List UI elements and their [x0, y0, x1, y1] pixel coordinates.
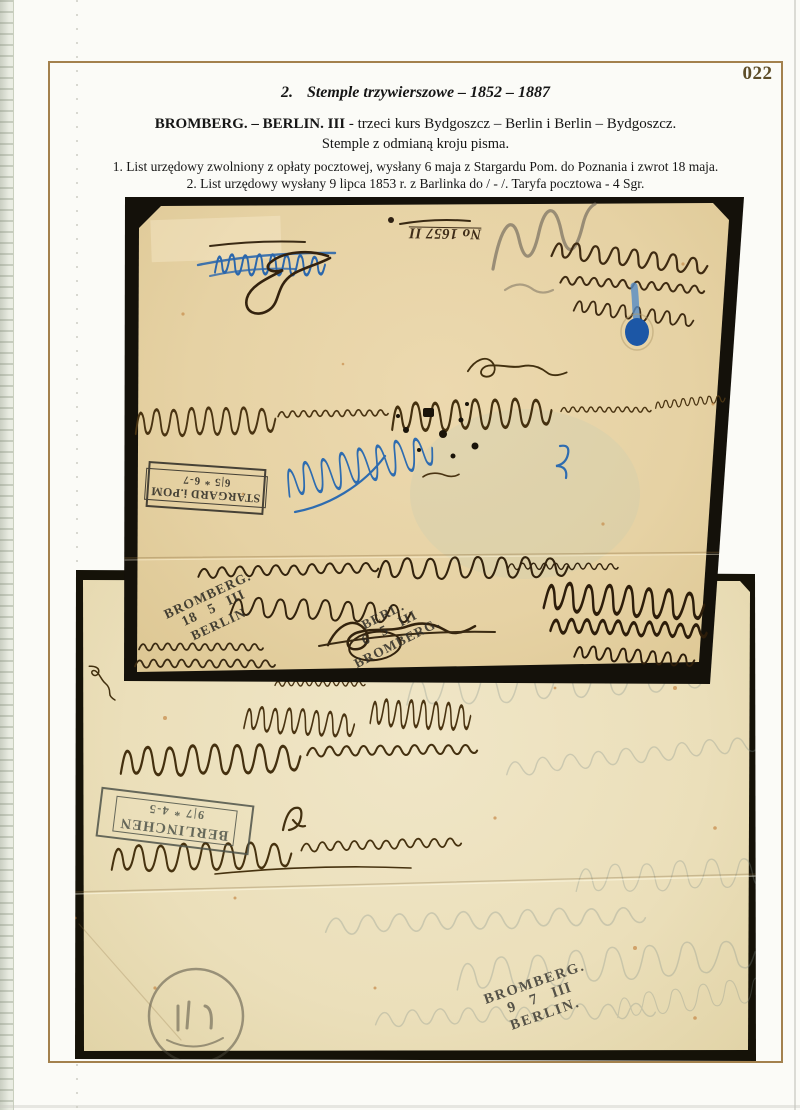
description-item-1: 1. List urzędowy zwolniony z opłaty pocz…: [48, 159, 783, 175]
route-bold: BROMBERG. – BERLIN. III: [155, 116, 345, 132]
page-edge-line: [794, 0, 796, 1110]
subtitle: Stemple z odmianą kroju pisma.: [48, 136, 783, 153]
exhibit-title: 2.Stemple trzywierszowe – 1852 – 1887: [48, 84, 783, 102]
blue-wax-seal: [621, 286, 653, 350]
binding-strip: [0, 0, 14, 1110]
album-page: 022 2.Stemple trzywierszowe – 1852 – 188…: [0, 0, 800, 1110]
cover1-scan: No 1657 II STARGARD i.POM 6|5 * 6-7 BROM…: [123, 194, 755, 686]
route-heading: BROMBERG. – BERLIN. III - trzeci kurs By…: [48, 116, 783, 133]
page-number: 022: [735, 63, 780, 85]
stargard-boxed-postmark: STARGARD i.POM 6|5 * 6-7: [146, 461, 267, 515]
registry-docket: No 1657 II: [385, 223, 505, 242]
circular-date-stamp: [149, 969, 243, 1063]
page-bottom-edge: [0, 1105, 800, 1108]
description-item-2: 2. List urzędowy wysłany 9 lipca 1853 r.…: [48, 176, 783, 192]
title-text: Stemple trzywierszowe – 1852 – 1887: [307, 84, 550, 101]
section-number: 2.: [281, 84, 293, 101]
route-rest: - trzeci kurs Bydgoszcz – Berlin i Berli…: [349, 116, 676, 132]
